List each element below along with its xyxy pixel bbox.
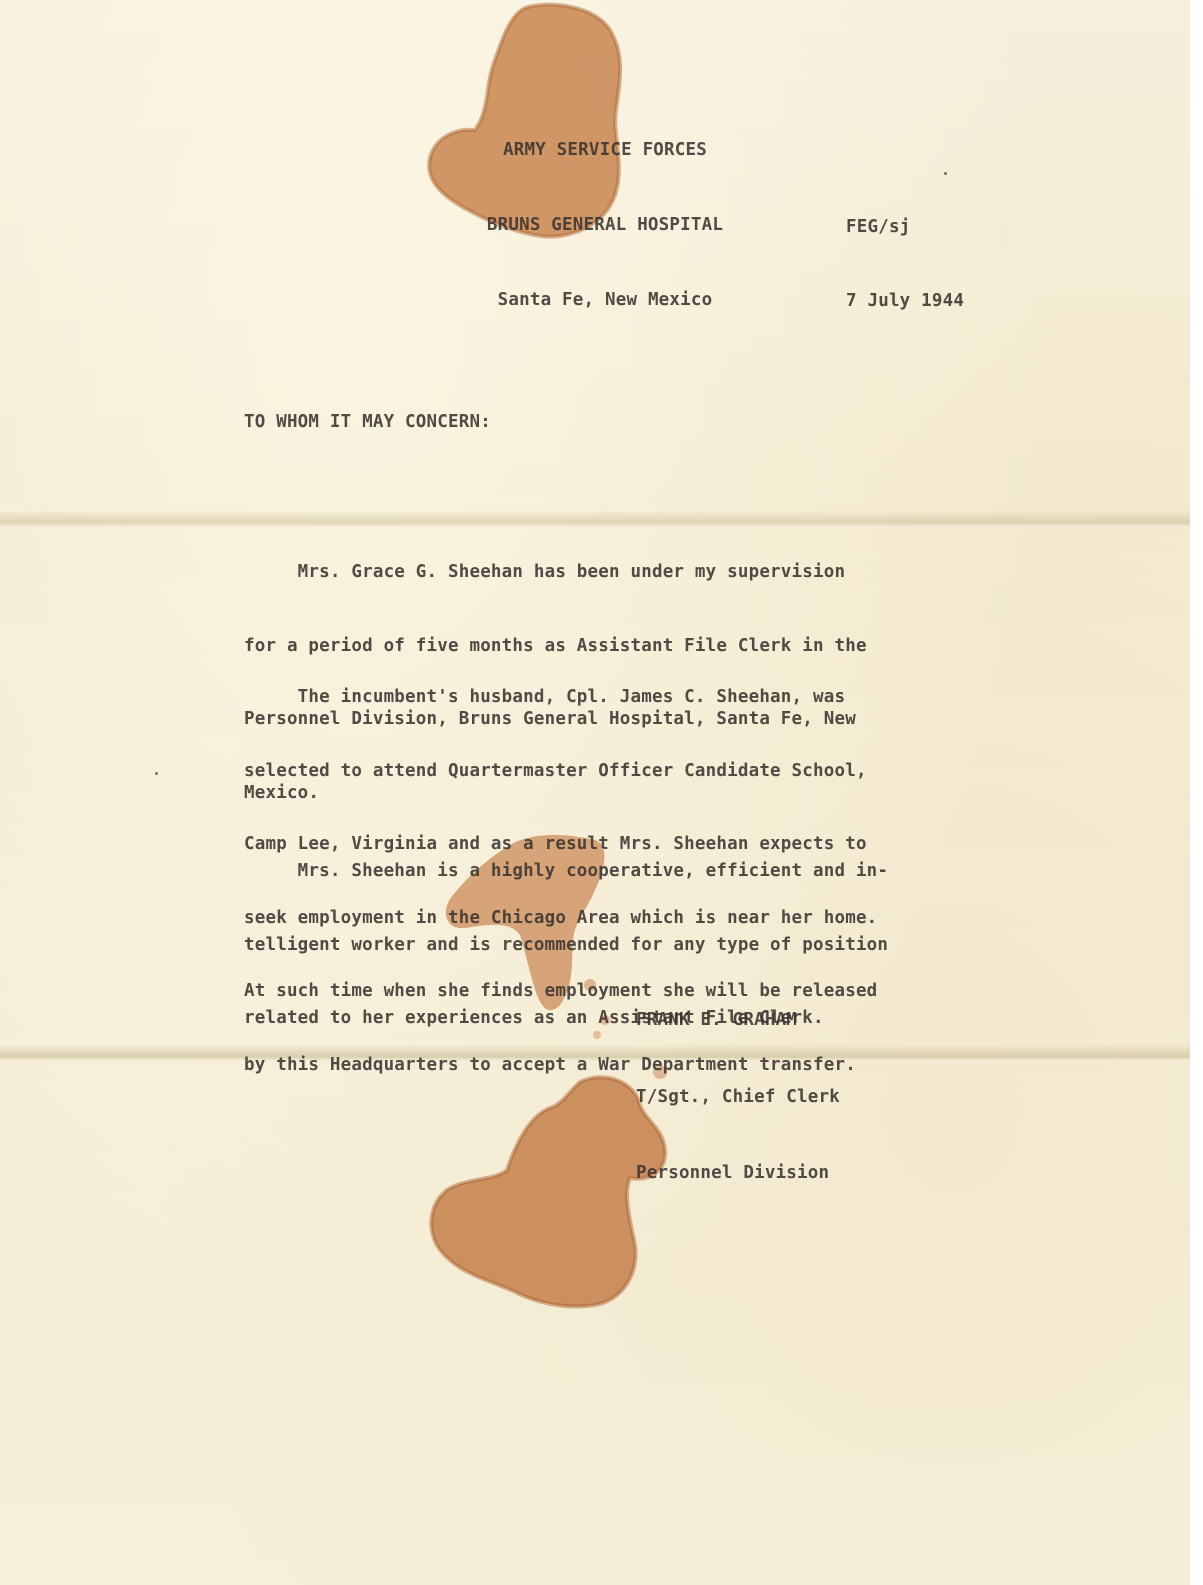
paragraph-line: selected to attend Quartermaster Officer… <box>244 759 1004 784</box>
signer-title: T/Sgt., Chief Clerk <box>636 1085 840 1111</box>
letter-date: 7 July 1944 <box>846 289 964 314</box>
paragraph-3: Mrs. Sheehan is a highly cooperative, ef… <box>244 810 1004 1055</box>
signature-block: FRANK E. GRAHAM T/Sgt., Chief Clerk Pers… <box>636 957 840 1212</box>
paragraph-line: telligent worker and is recommended for … <box>244 933 1004 958</box>
paragraph-line: by this Headquarters to accept a War Dep… <box>244 1053 1004 1078</box>
letterhead-location: Santa Fe, New Mexico <box>440 288 770 313</box>
salutation: TO WHOM IT MAY CONCERN: <box>244 410 491 435</box>
signer-division: Personnel Division <box>636 1161 840 1187</box>
letterhead: ARMY SERVICE FORCES BRUNS GENERAL HOSPIT… <box>440 88 770 338</box>
paragraph-line: The incumbent's husband, Cpl. James C. S… <box>244 685 1004 710</box>
reference-initials: FEG/sj <box>846 215 910 240</box>
paragraph-line: Mrs. Sheehan is a highly cooperative, ef… <box>244 859 1004 884</box>
letterhead-hospital: BRUNS GENERAL HOSPITAL <box>440 213 770 238</box>
paragraph-line: Mrs. Grace G. Sheehan has been under my … <box>244 560 1004 585</box>
paragraph-line: related to her experiences as an Assista… <box>244 1006 1004 1031</box>
letterhead-org: ARMY SERVICE FORCES <box>440 138 770 163</box>
scan-margin <box>1190 0 1203 1585</box>
ink-speck <box>944 172 947 175</box>
ink-speck <box>155 772 158 775</box>
signer-name: FRANK E. GRAHAM <box>636 1008 840 1034</box>
